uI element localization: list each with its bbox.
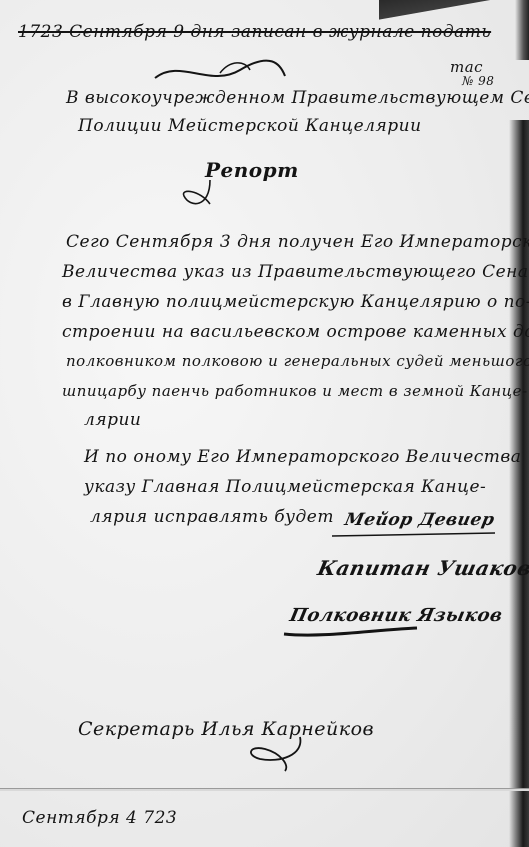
signature-underline-icon (330, 530, 500, 540)
fold-line (0, 788, 529, 791)
flourish-ornament-icon (150, 58, 290, 88)
body-line-5: полковником полковою и генеральных судей… (66, 352, 529, 370)
document-page: 1723 Сентября 9 дня записан в журнале по… (0, 0, 529, 847)
body2-line-3: лярия исправлять будет (90, 507, 334, 527)
corner-mark-number: № 98 (462, 74, 494, 88)
header-registry-note: 1723 Сентября 9 дня записан в журнале по… (18, 22, 491, 42)
body-line-4: строении на васильевском острове каменны… (62, 322, 529, 342)
body-line-2: Величества указ из Правительствующего Се… (62, 262, 529, 282)
torn-corner (379, 0, 529, 22)
address-line-1: В высокоучрежденном Правительствующем Се… (66, 88, 529, 108)
signature-ushakov: Капитан Ушаков (315, 556, 529, 580)
signature-swash-icon (282, 620, 422, 640)
secretary-flourish-icon (240, 735, 310, 775)
footer-date: Сентября 4 723 (22, 808, 177, 828)
body2-line-1: И по оному Его Императорского Величества (84, 447, 521, 467)
corner-shadow (515, 0, 529, 60)
title-flourish-icon (180, 178, 220, 213)
body-line-6: шпицарбу паенчь работников и мест в земн… (62, 382, 528, 400)
secretary-line: Секретарь Илья Карнейков (78, 718, 374, 740)
body2-line-2: указу Главная Полицмейстерская Канце- (84, 477, 486, 497)
address-line-2: Полиции Мейстерской Канцелярии (78, 116, 422, 136)
body-line-1: Сего Сентября 3 дня получен Его Императо… (66, 232, 529, 252)
binding-edge-shadow (509, 120, 529, 847)
body-line-3: в Главную полицмейстерскую Канцелярию о … (62, 292, 529, 312)
body-line-7: лярии (84, 410, 141, 430)
signature-deviyer: Мейор Девиер (343, 510, 497, 530)
